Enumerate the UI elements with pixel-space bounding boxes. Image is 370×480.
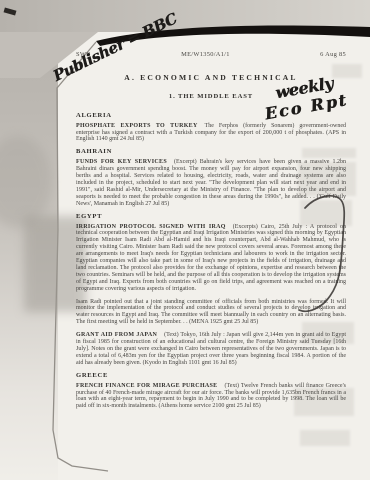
header-issue-code: ME/W1350/A1/1 [181, 52, 230, 59]
item-heading: PHOSPHATE EXPORTS TO TURKEY [76, 123, 198, 129]
scanned-document-page: SWB ME/W1350/A1/1 6 Aug 85 A. ECONOMIC A… [0, 0, 370, 480]
news-item-paragraph: FRENCH FINANCE FOR MIRAGE PURCHASE(Text)… [76, 383, 346, 411]
item-heading: FRENCH FINANCE FOR MIRAGE PURCHASE [76, 383, 217, 389]
country-heading-greece: GREECE [76, 373, 346, 380]
news-item-paragraph: PHOSPHATE EXPORTS TO TURKEYThe Ferphos (… [76, 123, 346, 144]
item-heading: IRRIGATION PROTOCOL SIGNED WITH IRAQ [76, 224, 226, 230]
pen-bracket-mark [294, 190, 354, 326]
item-heading: GRANT AID FROM JAPAN [76, 332, 157, 338]
country-heading-bahrain: BAHRAIN [76, 149, 346, 156]
item-heading: FUNDS FOR KEY SERVICES [76, 159, 167, 165]
header-date: 6 Aug 85 [320, 52, 346, 59]
news-item-paragraph: GRANT AID FROM JAPAN(Text) Tokyo, 16th J… [76, 332, 346, 367]
